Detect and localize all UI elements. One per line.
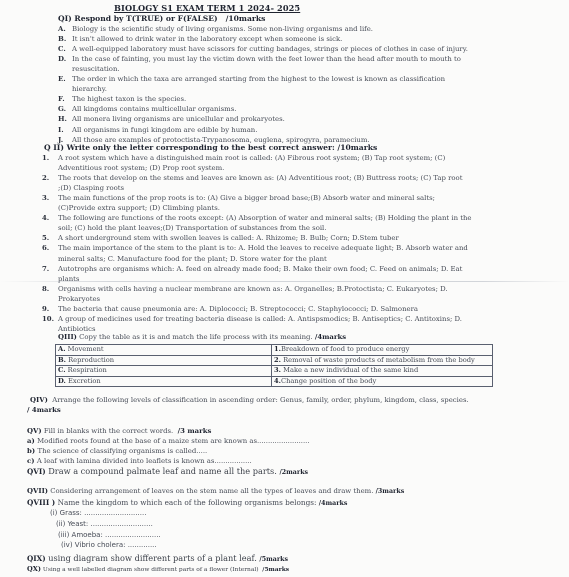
item-continuation: Prokaryotes	[58, 295, 100, 303]
process-name: Movement	[66, 345, 104, 353]
item-text: Organisms with cells having a nuclear me…	[58, 285, 448, 293]
item-text: It isn't allowed to drink water in the l…	[72, 35, 342, 43]
fill-blank-item: a) Modified roots found at the base of a…	[27, 437, 310, 445]
item-text: Grass: ............................	[60, 509, 147, 517]
q2-question: 2.The roots that develop on the stems an…	[42, 174, 462, 182]
item-text: The main functions of the prop roots is …	[58, 194, 435, 202]
q2-question: 1.A root system which have a distinguish…	[42, 154, 445, 162]
item-number: 10.	[42, 315, 58, 323]
item-text: The bacteria that cause pneumonia are: A…	[58, 305, 418, 313]
item-text: Vibrio cholera: .............	[75, 541, 157, 549]
q1-statement: B.It isn't allowed to drink water in the…	[58, 35, 342, 43]
q2-question: 9.The bacteria that cause pneumonia are:…	[42, 305, 418, 313]
process-letter: A.	[58, 345, 66, 353]
item-letter: I.	[58, 126, 72, 134]
q1-statement: I.All organisms in fungi kingdom are edi…	[58, 126, 257, 134]
item-text: The order in which the taxa are arranged…	[72, 75, 445, 83]
process-letter: B.	[58, 356, 66, 364]
table-row: B. Reproduction2. Removal of waste produ…	[56, 355, 493, 366]
item-text: The science of classifying organisms is …	[37, 447, 207, 455]
fill-blank-item: b) The science of classifying organisms …	[27, 447, 207, 455]
process-name: Reproduction	[66, 356, 114, 364]
meaning-cell: 4.Change position of the body	[272, 376, 493, 387]
item-continuation: (C)Provide extra support; (D) Climbing p…	[58, 204, 220, 212]
q1-statement: D.In the case of fainting, you must lay …	[58, 55, 461, 63]
item-letter: c)	[27, 457, 37, 465]
process-cell: D. Excretion	[56, 376, 272, 387]
item-text: Autotrophs are organisms which: A. feed …	[58, 265, 462, 273]
item-text: All monera living organisms are unicellu…	[72, 115, 285, 123]
item-number: (i)	[50, 509, 60, 517]
item-letter: b)	[27, 447, 37, 455]
meaning-text: Removal of waste products of metabolism …	[281, 356, 475, 364]
exam-title: BIOLOGY S1 EXAM TERM 1 2024- 2025	[114, 3, 300, 13]
item-letter: a)	[27, 437, 37, 445]
item-number: (iv)	[61, 541, 75, 549]
meaning-number: 2.	[274, 356, 281, 364]
item-text: All organisms in fungi kingdom are edibl…	[72, 126, 257, 134]
paper-crease	[0, 281, 569, 282]
item-number: 8.	[42, 285, 58, 293]
q2-question: 6.The main importance of the stem to the…	[42, 244, 468, 252]
item-number: 4.	[42, 214, 58, 222]
item-letter: C.	[58, 45, 72, 53]
item-text: A root system which have a distinguished…	[58, 154, 445, 162]
q1-statement: A.Biology is the scientific study of liv…	[58, 25, 373, 33]
q1-statement: F.The highest taxon is the species.	[58, 95, 186, 103]
item-letter: H.	[58, 115, 72, 123]
process-cell: C. Respiration	[56, 366, 272, 377]
q2-question: 3.The main functions of the prop roots i…	[42, 194, 435, 202]
organism-item: (iv) Vibrio cholera: .............	[61, 541, 157, 549]
item-text: Yeast: ............................	[68, 520, 153, 528]
item-continuation: soil; (C) hold the plant leaves;(D) Tran…	[58, 224, 326, 232]
q8-question: QVIII ) Name the kingdom to which each o…	[27, 498, 347, 507]
item-text: In the case of fainting, you must lay th…	[72, 55, 461, 63]
item-letter: F.	[58, 95, 72, 103]
q6-question: QVI) Draw a compound palmate leaf and na…	[27, 466, 308, 476]
q4-question: QIV) Arrange the following levels of cla…	[30, 396, 469, 404]
q10-question: QX) Using a well labelled diagram show d…	[27, 565, 289, 573]
item-continuation: ;(D) Clasping roots	[58, 184, 124, 192]
organism-item: (iii) Amoeba: .........................	[58, 531, 161, 539]
item-continuation: plants	[58, 275, 79, 283]
item-text: A group of medicines used for treating b…	[58, 315, 462, 323]
item-letter: G.	[58, 105, 72, 113]
item-letter: B.	[58, 35, 72, 43]
table-row: A. Movement1.Breakdown of food to produc…	[56, 345, 493, 356]
q2-question: 10.A group of medicines used for treatin…	[42, 315, 462, 323]
q7-question: QVII) Considering arrangement of leaves …	[27, 487, 404, 495]
item-continuation: Adventitious root system; (D) Prop root …	[58, 164, 224, 172]
process-cell: A. Movement	[56, 345, 272, 356]
organism-item: (i) Grass: ............................	[50, 509, 146, 517]
meaning-number: 1.	[274, 345, 281, 353]
meaning-number: 3.	[274, 366, 281, 374]
item-text: A leaf with lamina divided into leaflets…	[37, 457, 252, 465]
item-letter: E.	[58, 75, 72, 83]
process-name: Respiration	[66, 366, 107, 374]
process-name: Excretion	[66, 377, 101, 385]
table-row: D. Excretion4.Change position of the bod…	[56, 376, 493, 387]
item-number: 1.	[42, 154, 58, 162]
item-text: The roots that develop on the stems and …	[58, 174, 462, 182]
exam-page: BIOLOGY S1 EXAM TERM 1 2024- 2025 QI) Re…	[0, 0, 569, 577]
item-continuation: Antibiotics	[58, 325, 96, 333]
q2-question: 8.Organisms with cells having a nuclear …	[42, 285, 448, 293]
q2-question: 5.A short underground stem with swollen …	[42, 234, 399, 242]
item-number: 6.	[42, 244, 58, 252]
meaning-number: 4.	[274, 377, 281, 385]
item-continuation: resuscitation.	[72, 65, 120, 73]
item-text: Amoeba: .........................	[72, 531, 161, 539]
process-cell: B. Reproduction	[56, 355, 272, 366]
meaning-text: Breakdown of food to produce energy	[281, 345, 409, 353]
q1-statement: H.All monera living organisms are unicel…	[58, 115, 285, 123]
meaning-cell: 3. Make a new individual of the same kin…	[272, 366, 493, 377]
item-continuation: hierarchy.	[72, 85, 107, 93]
item-number: 2.	[42, 174, 58, 182]
item-letter: A.	[58, 25, 72, 33]
q1-statement: E.The order in which the taxa are arrang…	[58, 75, 445, 83]
item-text: The following are functions of the roots…	[58, 214, 472, 222]
meaning-text: Make a new individual of the same kind	[281, 366, 418, 374]
item-number: 5.	[42, 234, 58, 242]
item-text: The main importance of the stem to the p…	[58, 244, 468, 252]
process-letter: D.	[58, 377, 66, 385]
item-text: The highest taxon is the species.	[72, 95, 186, 103]
item-text: A short underground stem with swollen le…	[58, 234, 399, 242]
item-text: All kingdoms contains multicellular orga…	[72, 105, 236, 113]
item-number: 9.	[42, 305, 58, 313]
q2-heading: Q II) Write only the letter correspondin…	[44, 143, 377, 152]
item-number: (iii)	[58, 531, 72, 539]
meaning-text: Change position of the body	[281, 377, 376, 385]
item-number: 7.	[42, 265, 58, 273]
q9-question: QIX) using diagram show different parts …	[27, 553, 288, 563]
q1-statement: G.All kingdoms contains multicellular or…	[58, 105, 236, 113]
q1-heading: QI) Respond by T(TRUE) or F(FALSE) /10ma…	[58, 14, 265, 23]
item-continuation: mineral salts; C. Manufacture food for t…	[58, 255, 327, 263]
meaning-cell: 1.Breakdown of food to produce energy	[272, 345, 493, 356]
item-number: 3.	[42, 194, 58, 202]
q2-question: 4.The following are functions of the roo…	[42, 214, 472, 222]
q5-heading: QV) Fill in blanks with the correct word…	[27, 427, 211, 435]
q2-question: 7.Autotrophs are organisms which: A. fee…	[42, 265, 462, 273]
table-row: C. Respiration3. Make a new individual o…	[56, 366, 493, 377]
organism-item: (ii) Yeast: ............................	[56, 520, 153, 528]
item-text: Modified roots found at the base of a ma…	[37, 437, 309, 445]
q3-heading: QIII) Copy the table as it is and match …	[58, 333, 346, 341]
q1-statement: C.A well-equipped laboratory must have s…	[58, 45, 468, 53]
item-number: (ii)	[56, 520, 68, 528]
process-letter: C.	[58, 366, 66, 374]
fill-blank-item: c) A leaf with lamina divided into leafl…	[27, 457, 252, 465]
matching-table: A. Movement1.Breakdown of food to produc…	[55, 344, 493, 387]
item-text: A well-equipped laboratory must have sci…	[72, 45, 468, 53]
meaning-cell: 2. Removal of waste products of metaboli…	[272, 355, 493, 366]
item-letter: D.	[58, 55, 72, 63]
q4-marks: / 4marks	[27, 406, 61, 414]
item-text: Biology is the scientific study of livin…	[72, 25, 373, 33]
